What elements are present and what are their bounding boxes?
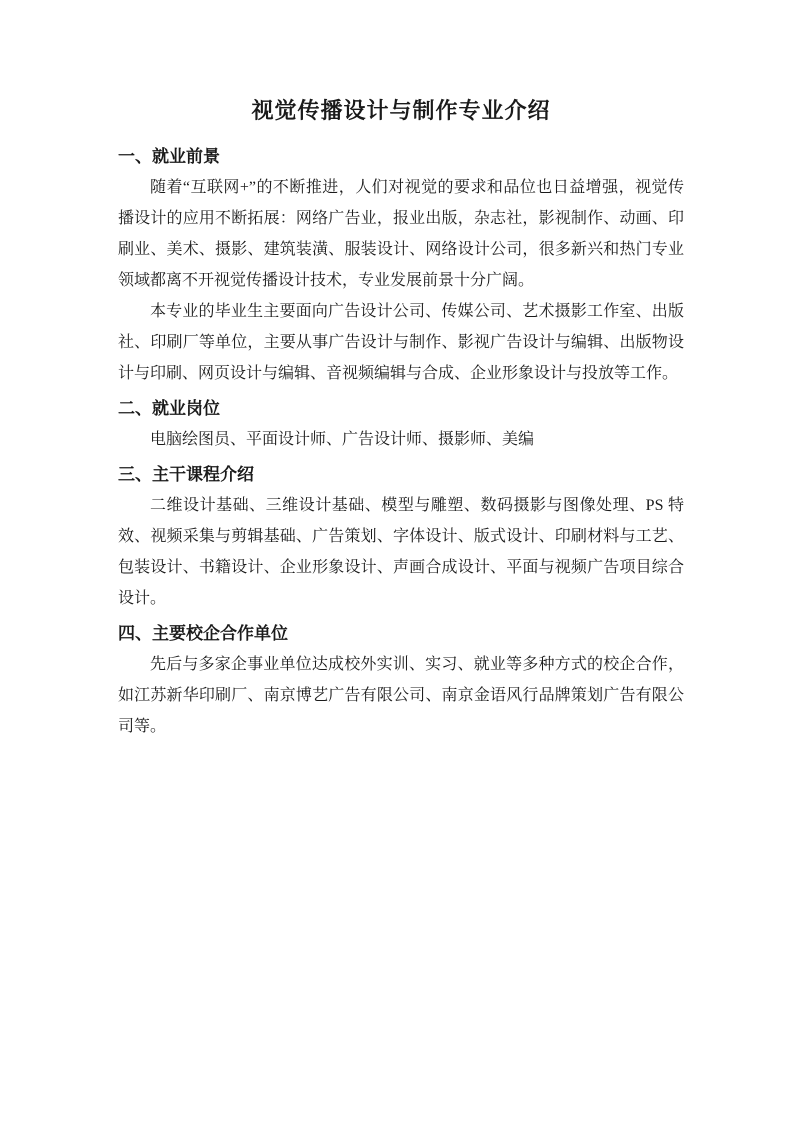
paragraph-partner-list: 先后与多家企事业单位达成校外实训、实习、就业等多种方式的校企合作，如江苏新华印刷… [118,649,684,742]
heading-main-courses: 三、主干课程介绍 [118,459,684,490]
section-cooperation-partners: 四、主要校企合作单位 先后与多家企事业单位达成校外实训、实习、就业等多种方式的校… [118,618,684,742]
section-main-courses: 三、主干课程介绍 二维设计基础、三维设计基础、模型与雕塑、数码摄影与图像处理、P… [118,459,684,614]
section-job-positions: 二、就业岗位 电脑绘图员、平面设计师、广告设计师、摄影师、美编 [118,393,684,455]
paragraph-graduate-destinations: 本专业的毕业生主要面向广告设计公司、传媒公司、艺术摄影工作室、出版社、印刷厂等单… [118,296,684,389]
paragraph-job-positions-list: 电脑绘图员、平面设计师、广告设计师、摄影师、美编 [118,424,684,455]
heading-cooperation-partners: 四、主要校企合作单位 [118,618,684,649]
document-title: 视觉传播设计与制作专业介绍 [118,95,684,127]
heading-employment-prospects: 一、就业前景 [118,141,684,172]
document-page: 视觉传播设计与制作专业介绍 一、就业前景 随着“互联网+”的不断推进，人们对视觉… [0,0,800,1131]
heading-job-positions: 二、就业岗位 [118,393,684,424]
section-employment-prospects: 一、就业前景 随着“互联网+”的不断推进，人们对视觉的要求和品位也日益增强，视觉… [118,141,684,389]
paragraph-industry-overview: 随着“互联网+”的不断推进，人们对视觉的要求和品位也日益增强，视觉传播设计的应用… [118,172,684,296]
paragraph-course-list: 二维设计基础、三维设计基础、模型与雕塑、数码摄影与图像处理、PS 特效、视频采集… [118,490,684,614]
